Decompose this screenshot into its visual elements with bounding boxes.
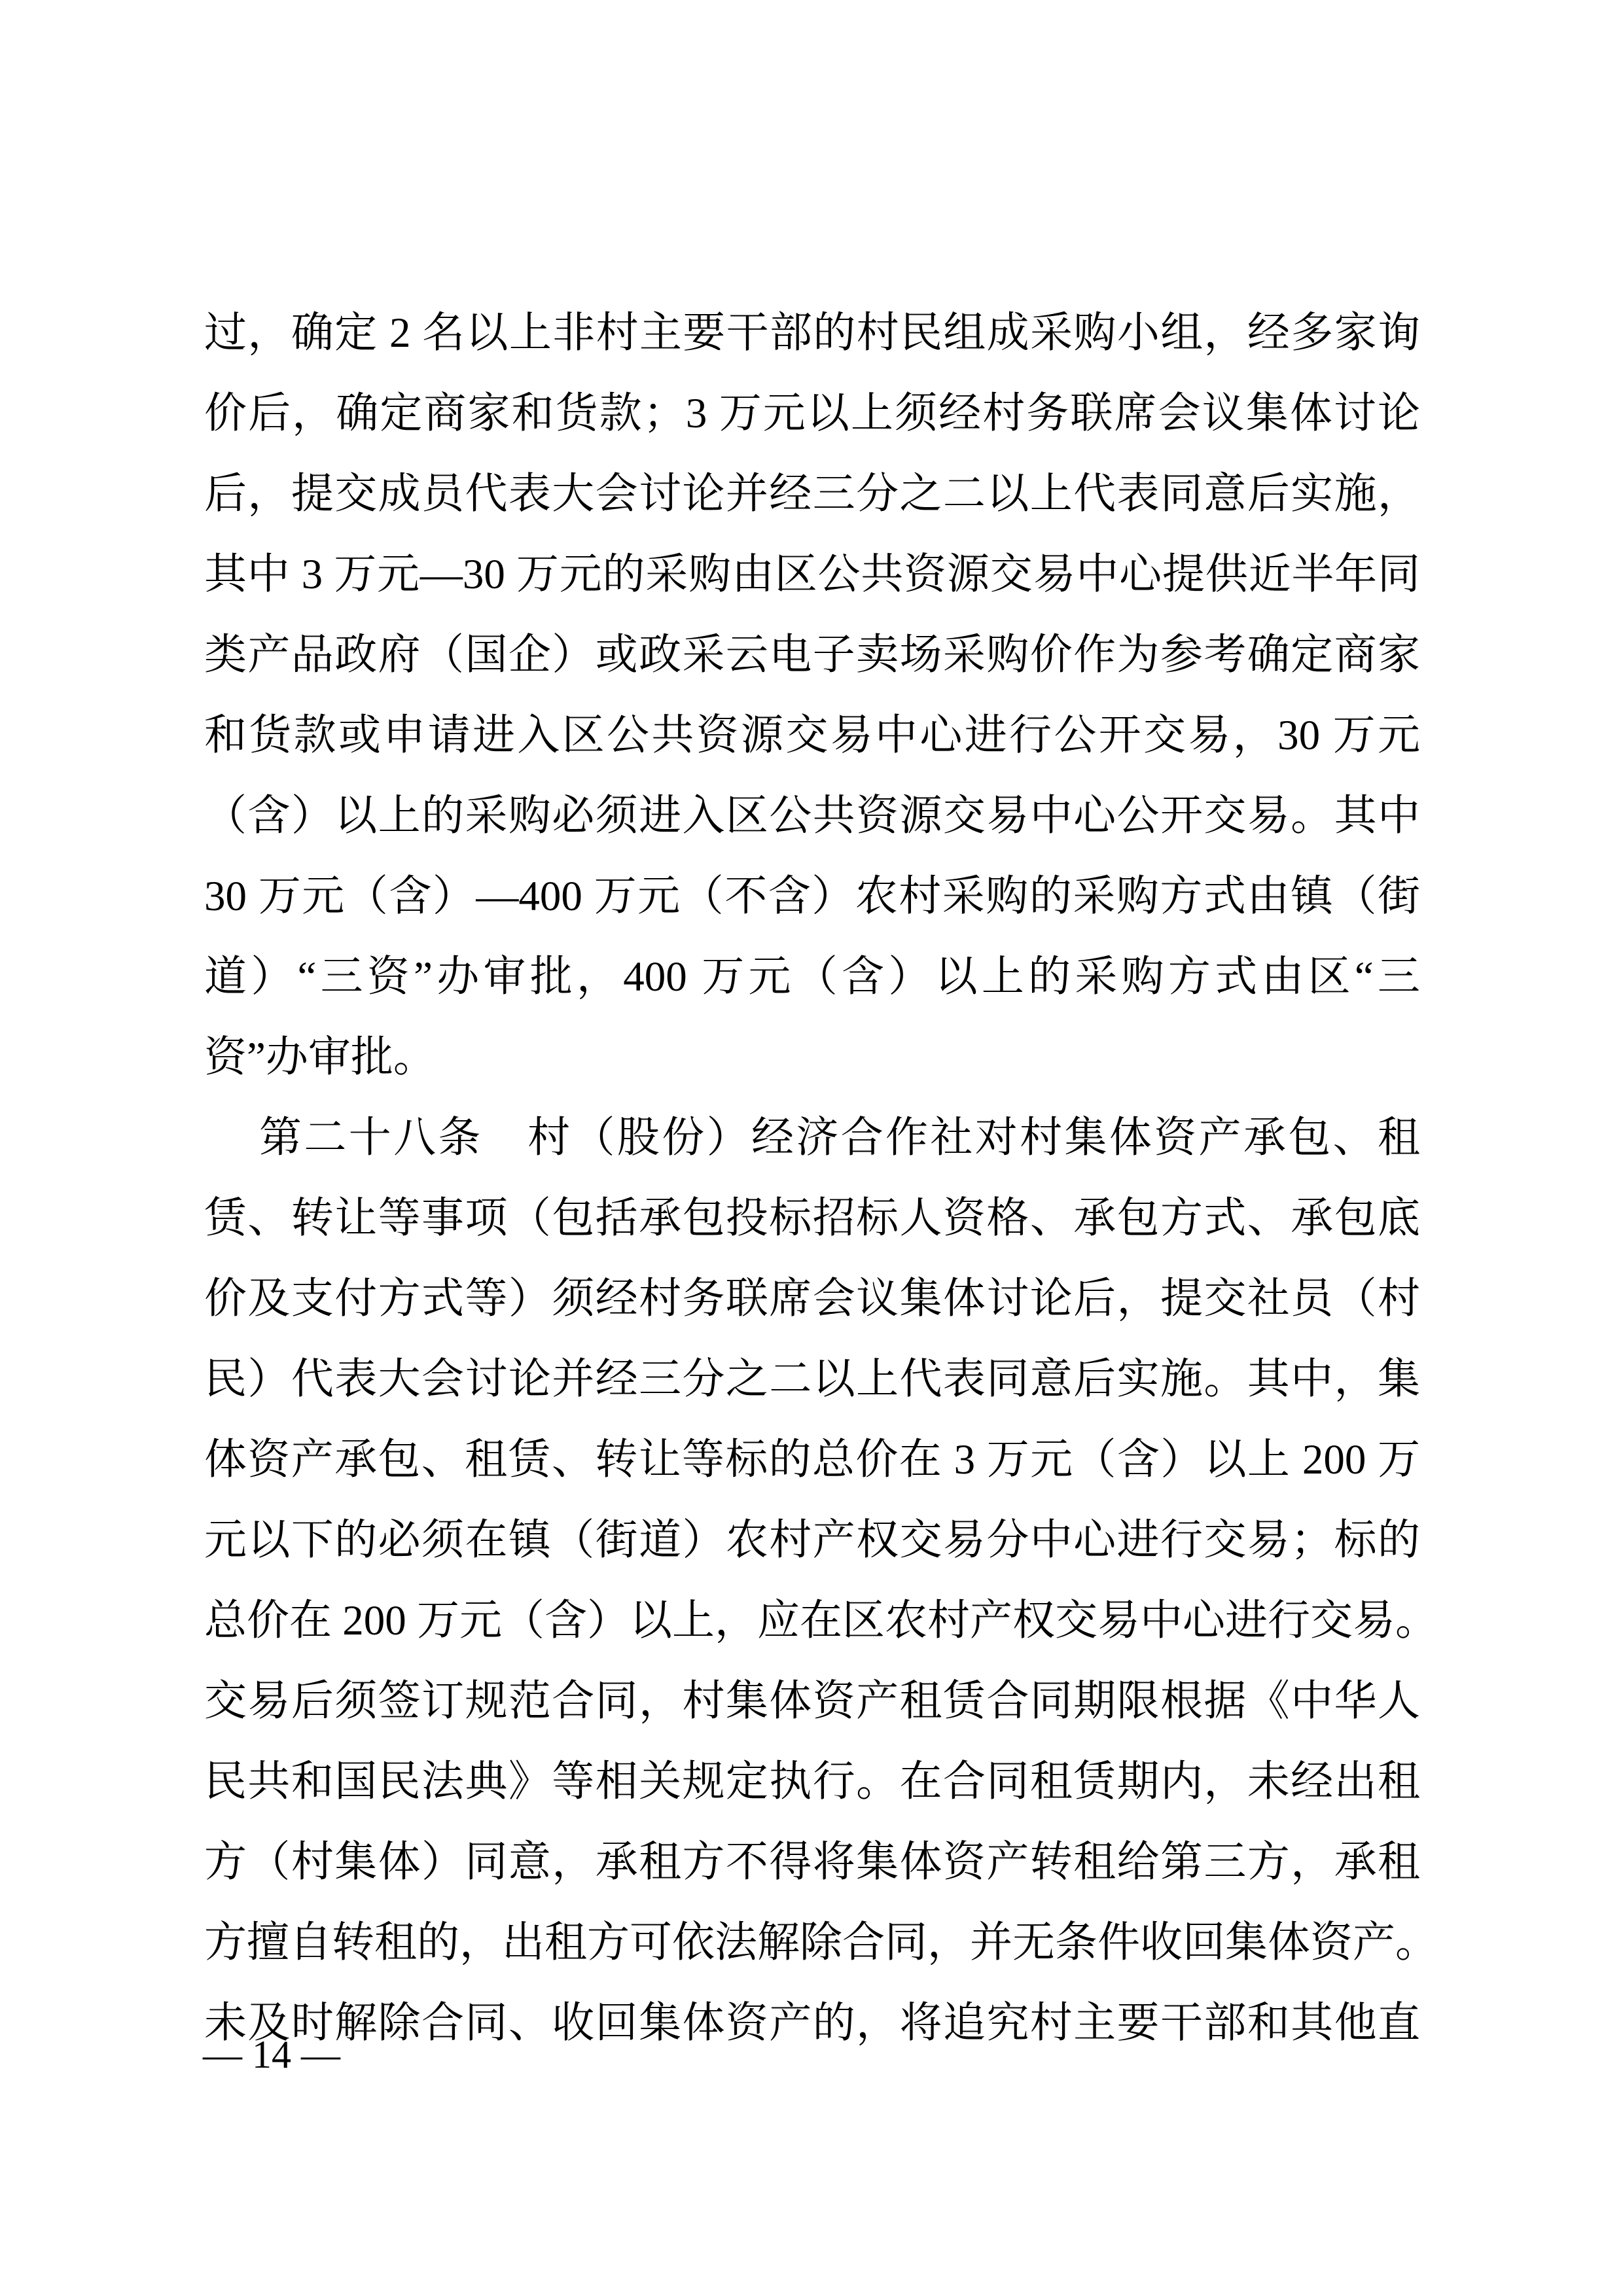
text-line: 民共和国民法典》等相关规定执行。在合同租赁期内，未经出租 — [204, 1742, 1420, 1822]
text-line: 元以下的必须在镇（街道）农村产权交易分中心进行交易；标的 — [204, 1500, 1420, 1581]
text-line: 后，提交成员代表大会讨论并经三分之二以上代表同意后实施， — [204, 454, 1420, 535]
text-line: 总价在 200 万元（含）以上，应在区农村产权交易中心进行交易。 — [204, 1581, 1420, 1661]
text-line: 类产品政府（国企）或政采云电子卖场采购价作为参考确定商家 — [204, 615, 1420, 696]
text-line: 体资产承包、租赁、转让等标的总价在 3 万元（含）以上 200 万 — [204, 1420, 1420, 1500]
text-line: 过，确定 2 名以上非村主要干部的村民组成采购小组，经多家询 — [204, 293, 1420, 374]
text-line: （含）以上的采购必须进入区公共资源交易中心公开交易。其中 — [204, 776, 1420, 857]
text-line: 方（村集体）同意，承租方不得将集体资产转租给第三方，承租 — [204, 1822, 1420, 1903]
text-line: 交易后须签订规范合同，村集体资产租赁合同期限根据《中华人 — [204, 1661, 1420, 1742]
text-line: 民）代表大会讨论并经三分之二以上代表同意后实施。其中，集 — [204, 1339, 1420, 1420]
text-line: 第二十八条 村（股份）经济合作社对村集体资产承包、租 — [204, 1098, 1420, 1178]
text-line: 价及支付方式等）须经村务联席会议集体讨论后，提交社员（村 — [204, 1259, 1420, 1339]
text-line: 资”办审批。 — [204, 1017, 1420, 1098]
text-line: 和货款或申请进入区公共资源交易中心进行公开交易，30 万元 — [204, 696, 1420, 776]
text-line: 方擅自转租的，出租方可依法解除合同，并无条件收回集体资产。 — [204, 1903, 1420, 1983]
text-line: 未及时解除合同、收回集体资产的，将追究村主要干部和其他直 — [204, 1983, 1420, 2064]
document-page: 过，确定 2 名以上非村主要干部的村民组成采购小组，经多家询价后，确定商家和货款… — [0, 0, 1623, 2296]
text-line: 其中 3 万元—30 万元的采购由区公共资源交易中心提供近半年同 — [204, 535, 1420, 615]
text-line: 赁、转让等事项（包括承包投标招标人资格、承包方式、承包底 — [204, 1178, 1420, 1259]
page-number: — 14 — — [203, 2028, 340, 2081]
text-line: 30 万元（含）—400 万元（不含）农村采购的采购方式由镇（街 — [204, 857, 1420, 937]
text-line: 价后，确定商家和货款；3 万元以上须经村务联席会议集体讨论 — [204, 374, 1420, 454]
text-line: 道）“三资”办审批，400 万元（含）以上的采购方式由区“三 — [204, 937, 1420, 1017]
document-text: 过，确定 2 名以上非村主要干部的村民组成采购小组，经多家询价后，确定商家和货款… — [204, 293, 1420, 2064]
